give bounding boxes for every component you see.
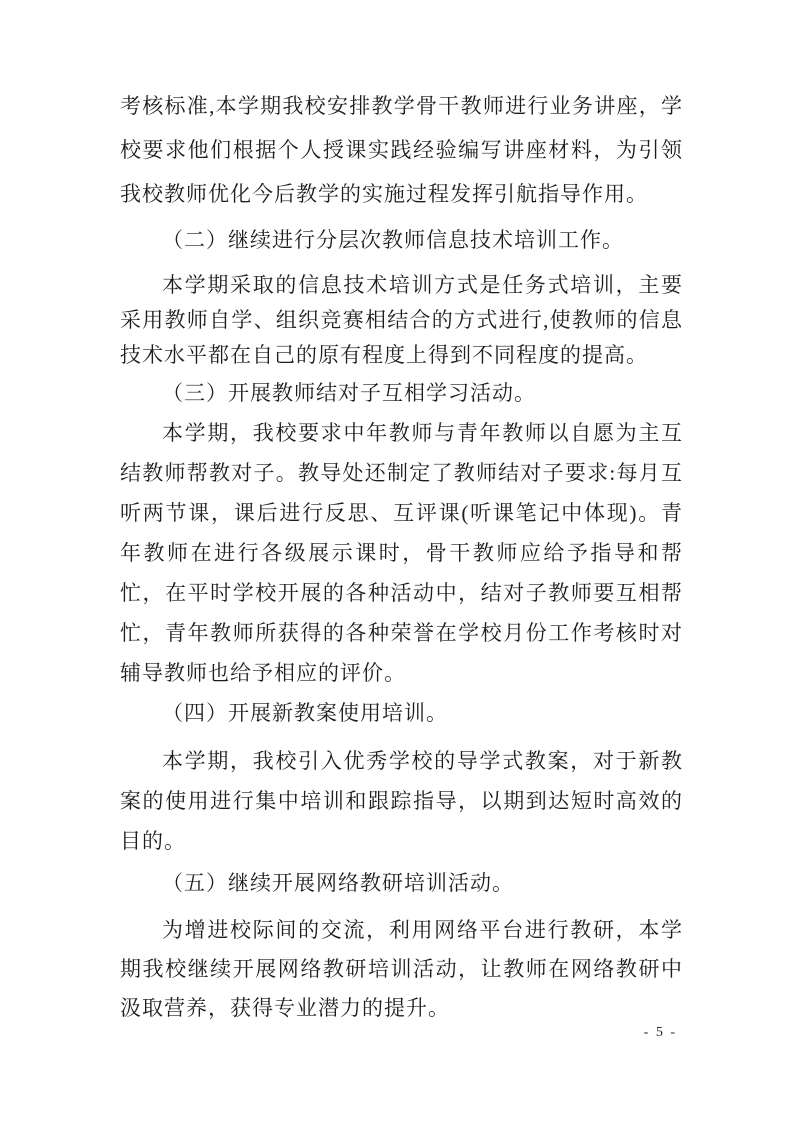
- paragraph-section-2: 本学期采取的信息技术培训方式是任务式培训，主要采用教师自学、组织竞赛相结合的方式…: [120, 268, 683, 373]
- paragraph-section-4: 本学期，我校引入优秀学校的导学式教案，对于新教案的使用进行集中培训和跟踪指导，以…: [120, 741, 683, 861]
- section-heading-5: （五）继续开展网络教研培训活动。: [120, 863, 683, 903]
- section-heading-3: （三）开展教师结对子互相学习活动。: [120, 373, 683, 413]
- paragraph-section-3: 本学期，我校要求中年教师与青年教师以自愿为主互结教师帮教对子。教导处还制定了教师…: [120, 413, 683, 693]
- section-heading-4: （四）开展新教案使用培训。: [120, 693, 683, 733]
- document-content: 考核标准,本学期我校安排教学骨干教师进行业务讲座，学校要求他们根据个人授课实践经…: [120, 84, 683, 1044]
- paragraph-section-5: 为增进校际间的交流，利用网络平台进行教研，本学期我校继续开展网络教研培训活动，让…: [120, 911, 683, 1028]
- paragraph-continuation: 考核标准,本学期我校安排教学骨干教师进行业务讲座，学校要求他们根据个人授课实践经…: [120, 84, 683, 216]
- document-page: 考核标准,本学期我校安排教学骨干教师进行业务讲座，学校要求他们根据个人授课实践经…: [0, 0, 793, 1122]
- section-heading-2: （二）继续进行分层次教师信息技术培训工作。: [120, 220, 683, 260]
